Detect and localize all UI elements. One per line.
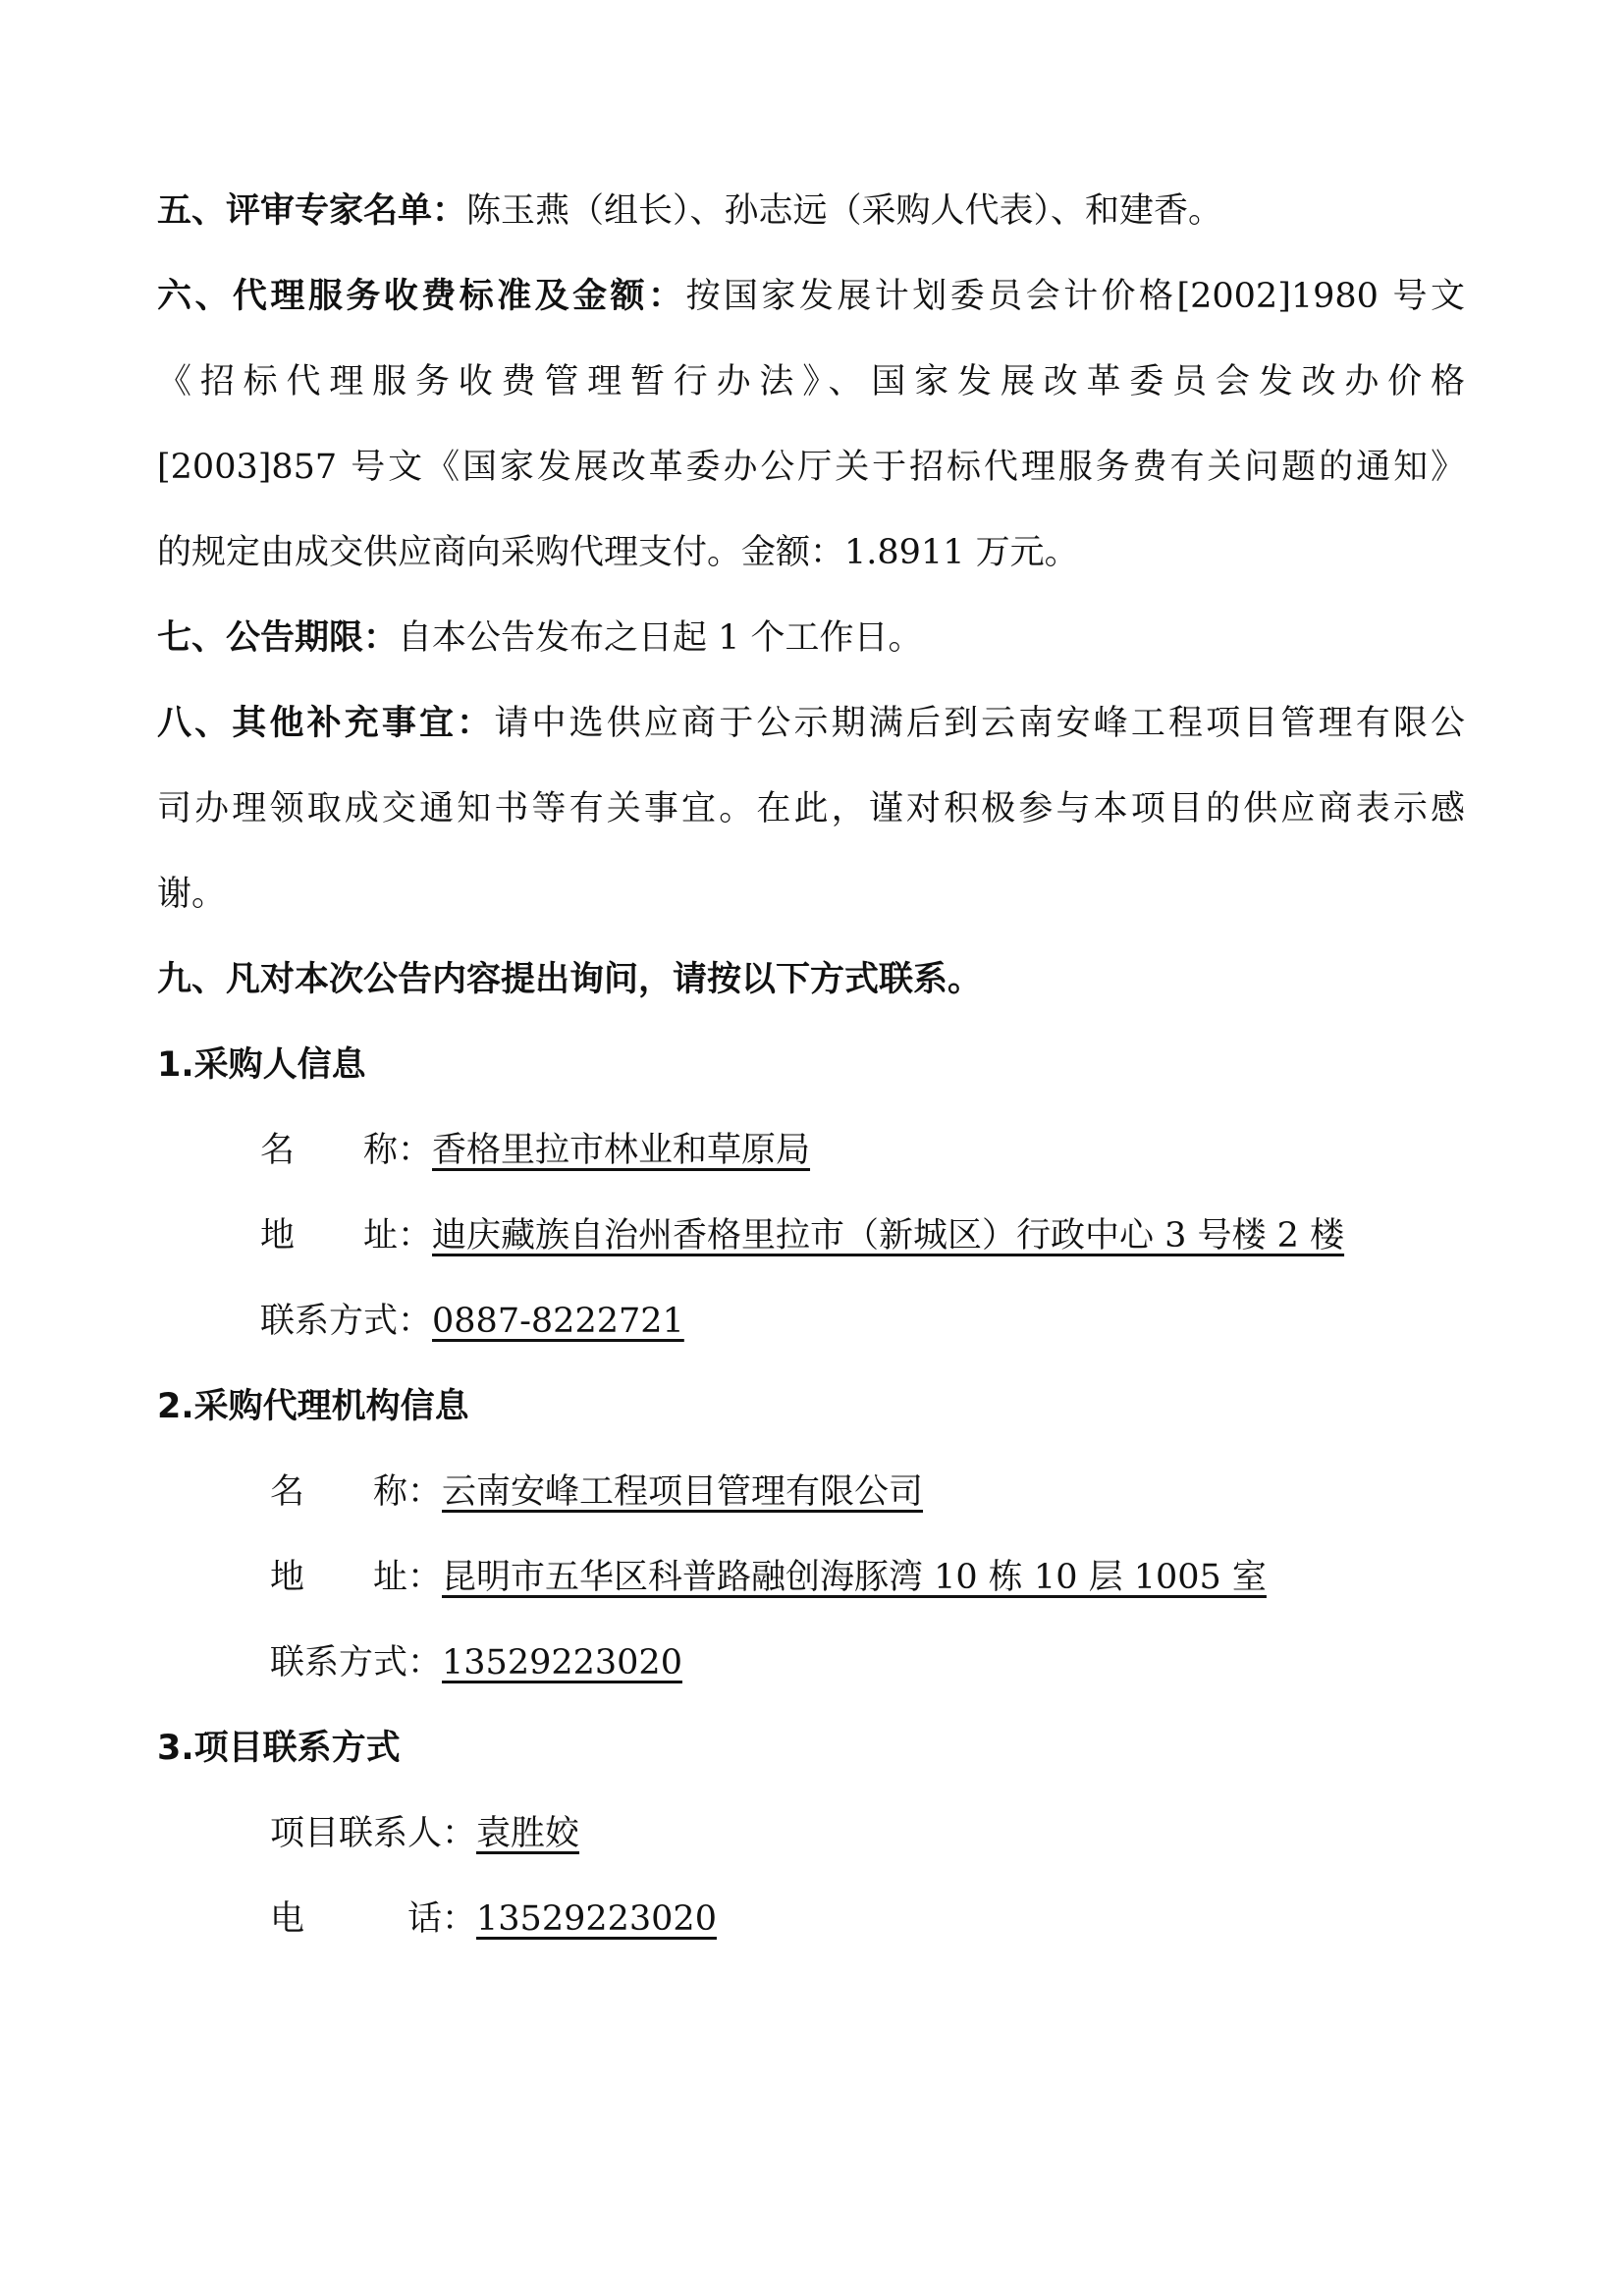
purchaser-heading: 1.采购人信息 bbox=[157, 1043, 1465, 1087]
section-six-line-1: 六、代理服务收费标准及金额：按国家发展计划委员会计价格[2002]1980 号文 bbox=[157, 275, 1465, 318]
agency-name-value: 云南安峰工程项目管理有限公司 bbox=[442, 1472, 923, 1512]
project-phone-value: 13529223020 bbox=[476, 1899, 717, 1939]
purchaser-name-label: 名 称： bbox=[260, 1129, 432, 1172]
section-seven-label: 七、公告期限： bbox=[157, 618, 398, 658]
agency-name-label: 名 称： bbox=[270, 1470, 442, 1514]
agency-contact-row: 联系方式：13529223020 bbox=[270, 1641, 682, 1684]
purchaser-contact-row: 联系方式：0887-8222721 bbox=[260, 1300, 684, 1343]
section-five-text: 陈玉燕（组长）、孙志远（采购人代表）、和建香。 bbox=[466, 191, 1222, 231]
purchaser-name-row: 名 称：香格里拉市林业和草原局 bbox=[260, 1129, 810, 1172]
project-person-row: 项目联系人：袁胜姣 bbox=[270, 1812, 579, 1855]
agency-name-row: 名 称：云南安峰工程项目管理有限公司 bbox=[270, 1470, 923, 1514]
section-nine: 九、凡对本次公告内容提出询问，请按以下方式联系。 bbox=[157, 958, 1465, 1001]
section-six-line-4: 的规定由成交供应商向采购代理支付。金额：1.8911 万元。 bbox=[157, 531, 1465, 574]
section-six-line-2: 《招标代理服务收费管理暂行办法》、国家发展改革委员会发改办价格 bbox=[157, 360, 1465, 403]
section-eight-label: 八、其他补充事宜： bbox=[157, 704, 494, 743]
section-seven: 七、公告期限：自本公告发布之日起 1 个工作日。 bbox=[157, 616, 1465, 660]
project-heading: 3.项目联系方式 bbox=[157, 1727, 1465, 1770]
project-person-value: 袁胜姣 bbox=[476, 1814, 579, 1853]
section-seven-text: 自本公告发布之日起 1 个工作日。 bbox=[398, 618, 923, 658]
section-six-text-1: 按国家发展计划委员会计价格[2002]1980 号文 bbox=[685, 277, 1465, 316]
agency-address-row: 地 址：昆明市五华区科普路融创海豚湾 10 栋 10 层 1005 室 bbox=[270, 1556, 1267, 1599]
purchaser-address-row: 地 址：迪庆藏族自治州香格里拉市（新城区）行政中心 3 号楼 2 楼 bbox=[260, 1214, 1344, 1257]
section-eight-line-2: 司办理领取成交通知书等有关事宜。在此，谨对积极参与本项目的供应商表示感 bbox=[157, 787, 1465, 830]
section-six-label: 六、代理服务收费标准及金额： bbox=[157, 277, 685, 316]
agency-contact-label: 联系方式： bbox=[270, 1641, 442, 1684]
section-eight-text-1: 请中选供应商于公示期满后到云南安峰工程项目管理有限公 bbox=[494, 704, 1465, 743]
document-page: 五、评审专家名单：陈玉燕（组长）、孙志远（采购人代表）、和建香。 六、代理服务收… bbox=[0, 0, 1624, 2296]
purchaser-address-value: 迪庆藏族自治州香格里拉市（新城区）行政中心 3 号楼 2 楼 bbox=[432, 1216, 1344, 1255]
section-five: 五、评审专家名单：陈玉燕（组长）、孙志远（采购人代表）、和建香。 bbox=[157, 189, 1465, 233]
agency-heading: 2.采购代理机构信息 bbox=[157, 1385, 1465, 1428]
project-phone-row: 电 话：13529223020 bbox=[270, 1897, 717, 1941]
section-five-label: 五、评审专家名单： bbox=[157, 191, 466, 231]
section-eight-line-1: 八、其他补充事宜：请中选供应商于公示期满后到云南安峰工程项目管理有限公 bbox=[157, 702, 1465, 745]
agency-address-value: 昆明市五华区科普路融创海豚湾 10 栋 10 层 1005 室 bbox=[442, 1558, 1267, 1597]
section-eight-line-3: 谢。 bbox=[157, 873, 1465, 916]
project-phone-label: 电 话： bbox=[270, 1897, 476, 1941]
purchaser-name-value: 香格里拉市林业和草原局 bbox=[432, 1131, 810, 1170]
section-six-line-3: [2003]857 号文《国家发展改革委办公厅关于招标代理服务费有关问题的通知》 bbox=[157, 446, 1465, 489]
project-person-label: 项目联系人： bbox=[270, 1812, 476, 1855]
purchaser-address-label: 地 址： bbox=[260, 1214, 432, 1257]
purchaser-contact-label: 联系方式： bbox=[260, 1300, 432, 1343]
agency-contact-value: 13529223020 bbox=[442, 1643, 682, 1682]
agency-address-label: 地 址： bbox=[270, 1556, 442, 1599]
purchaser-contact-value: 0887-8222721 bbox=[432, 1302, 684, 1341]
